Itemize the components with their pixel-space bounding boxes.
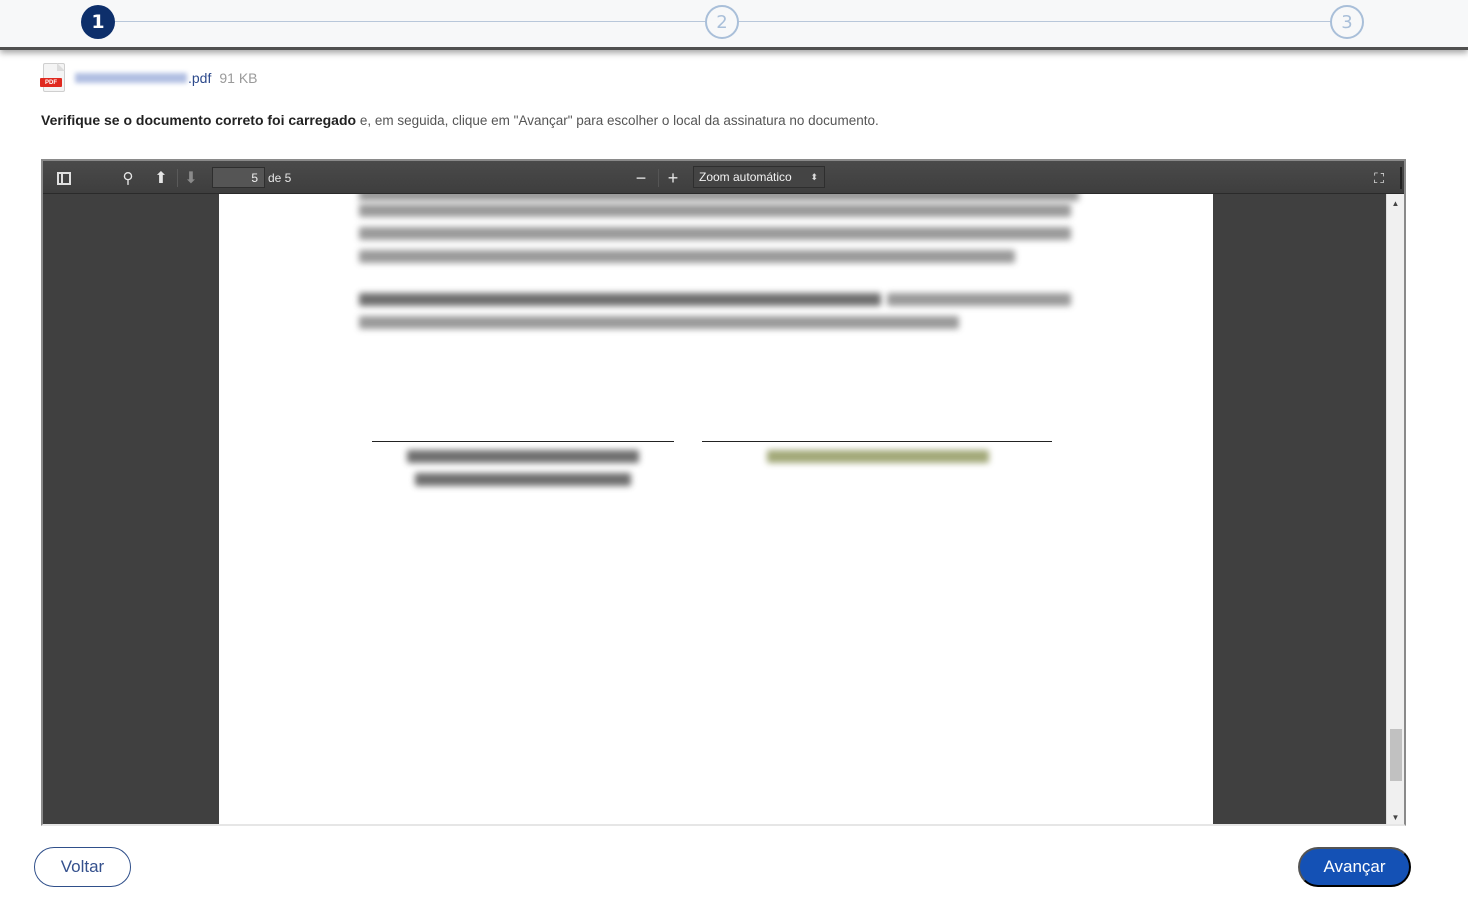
pdf-toolbar: ⚲ ⬆ ⬇ de 5 − + Zoom automático ⬍ ⛶ bbox=[43, 161, 1404, 194]
next-button[interactable]: Avançar bbox=[1298, 847, 1411, 887]
fullscreen-icon: ⛶ bbox=[1374, 170, 1384, 187]
file-name-redacted[interactable] bbox=[75, 73, 187, 83]
file-extension[interactable]: .pdf bbox=[188, 70, 211, 86]
previous-page-button[interactable]: ⬆ bbox=[151, 167, 171, 189]
scrollbar-thumb[interactable] bbox=[1390, 729, 1402, 781]
step-3: 3 bbox=[1330, 5, 1364, 39]
arrow-up-icon: ⬆ bbox=[154, 168, 167, 188]
minus-icon: − bbox=[636, 168, 647, 189]
zoom-select-value: Zoom automático bbox=[699, 170, 792, 184]
progress-stepper: 1 2 3 bbox=[0, 0, 1468, 50]
instruction-rest: e, em seguida, clique em "Avançar" para … bbox=[356, 113, 879, 128]
redacted-signatory-name bbox=[407, 450, 639, 463]
pdf-file-icon: PDF bbox=[40, 63, 66, 93]
step-1: 1 bbox=[81, 5, 115, 39]
sidebar-toggle-button[interactable] bbox=[55, 167, 73, 189]
sidebar-toggle-icon bbox=[57, 172, 71, 185]
redacted-text-line bbox=[359, 227, 1071, 240]
redacted-text-line bbox=[359, 194, 1079, 201]
redacted-text-line bbox=[359, 204, 1071, 217]
redacted-text-line bbox=[359, 250, 1015, 263]
file-size: 91 KB bbox=[219, 70, 257, 86]
select-arrows-icon: ⬍ bbox=[810, 167, 818, 187]
signature-line-2 bbox=[702, 441, 1052, 442]
plus-icon: + bbox=[668, 168, 679, 189]
pdf-viewer-container[interactable] bbox=[43, 194, 1388, 826]
redacted-text-line bbox=[887, 293, 1071, 306]
find-button[interactable]: ⚲ bbox=[119, 167, 137, 189]
redacted-text-line bbox=[359, 316, 959, 329]
page-count: de 5 bbox=[268, 171, 291, 185]
zoom-select[interactable]: Zoom automático ⬍ bbox=[693, 166, 825, 188]
signature-line-1 bbox=[372, 441, 674, 442]
scroll-up-icon[interactable]: ▲ bbox=[1387, 196, 1404, 210]
redacted-heading-text bbox=[359, 293, 881, 306]
back-button[interactable]: Voltar bbox=[34, 847, 131, 887]
redacted-signatory-name bbox=[415, 473, 631, 486]
uploaded-file-info: PDF .pdf 91 KB bbox=[40, 63, 258, 93]
vertical-scrollbar[interactable]: ▲ ▼ bbox=[1386, 194, 1404, 826]
next-page-button[interactable]: ⬇ bbox=[181, 167, 201, 189]
fullscreen-button[interactable]: ⛶ bbox=[1369, 167, 1389, 189]
toolbar-separator bbox=[1400, 167, 1402, 189]
arrow-down-icon: ⬇ bbox=[184, 168, 197, 188]
instruction-bold: Verifique se o documento correto foi car… bbox=[41, 112, 356, 128]
pdf-page bbox=[219, 194, 1213, 826]
page-number-input[interactable] bbox=[212, 167, 265, 188]
search-icon: ⚲ bbox=[123, 169, 134, 187]
zoom-out-button[interactable]: − bbox=[631, 167, 651, 189]
instruction-text: Verifique se o documento correto foi car… bbox=[41, 112, 879, 128]
toolbar-separator bbox=[658, 169, 659, 187]
zoom-in-button[interactable]: + bbox=[663, 167, 683, 189]
scroll-down-icon[interactable]: ▼ bbox=[1387, 810, 1404, 824]
pdf-viewer: ⚲ ⬆ ⬇ de 5 − + Zoom automático ⬍ ⛶ bbox=[41, 159, 1406, 826]
toolbar-separator bbox=[177, 169, 178, 187]
step-2: 2 bbox=[705, 5, 739, 39]
redacted-company-placeholder bbox=[767, 450, 989, 463]
